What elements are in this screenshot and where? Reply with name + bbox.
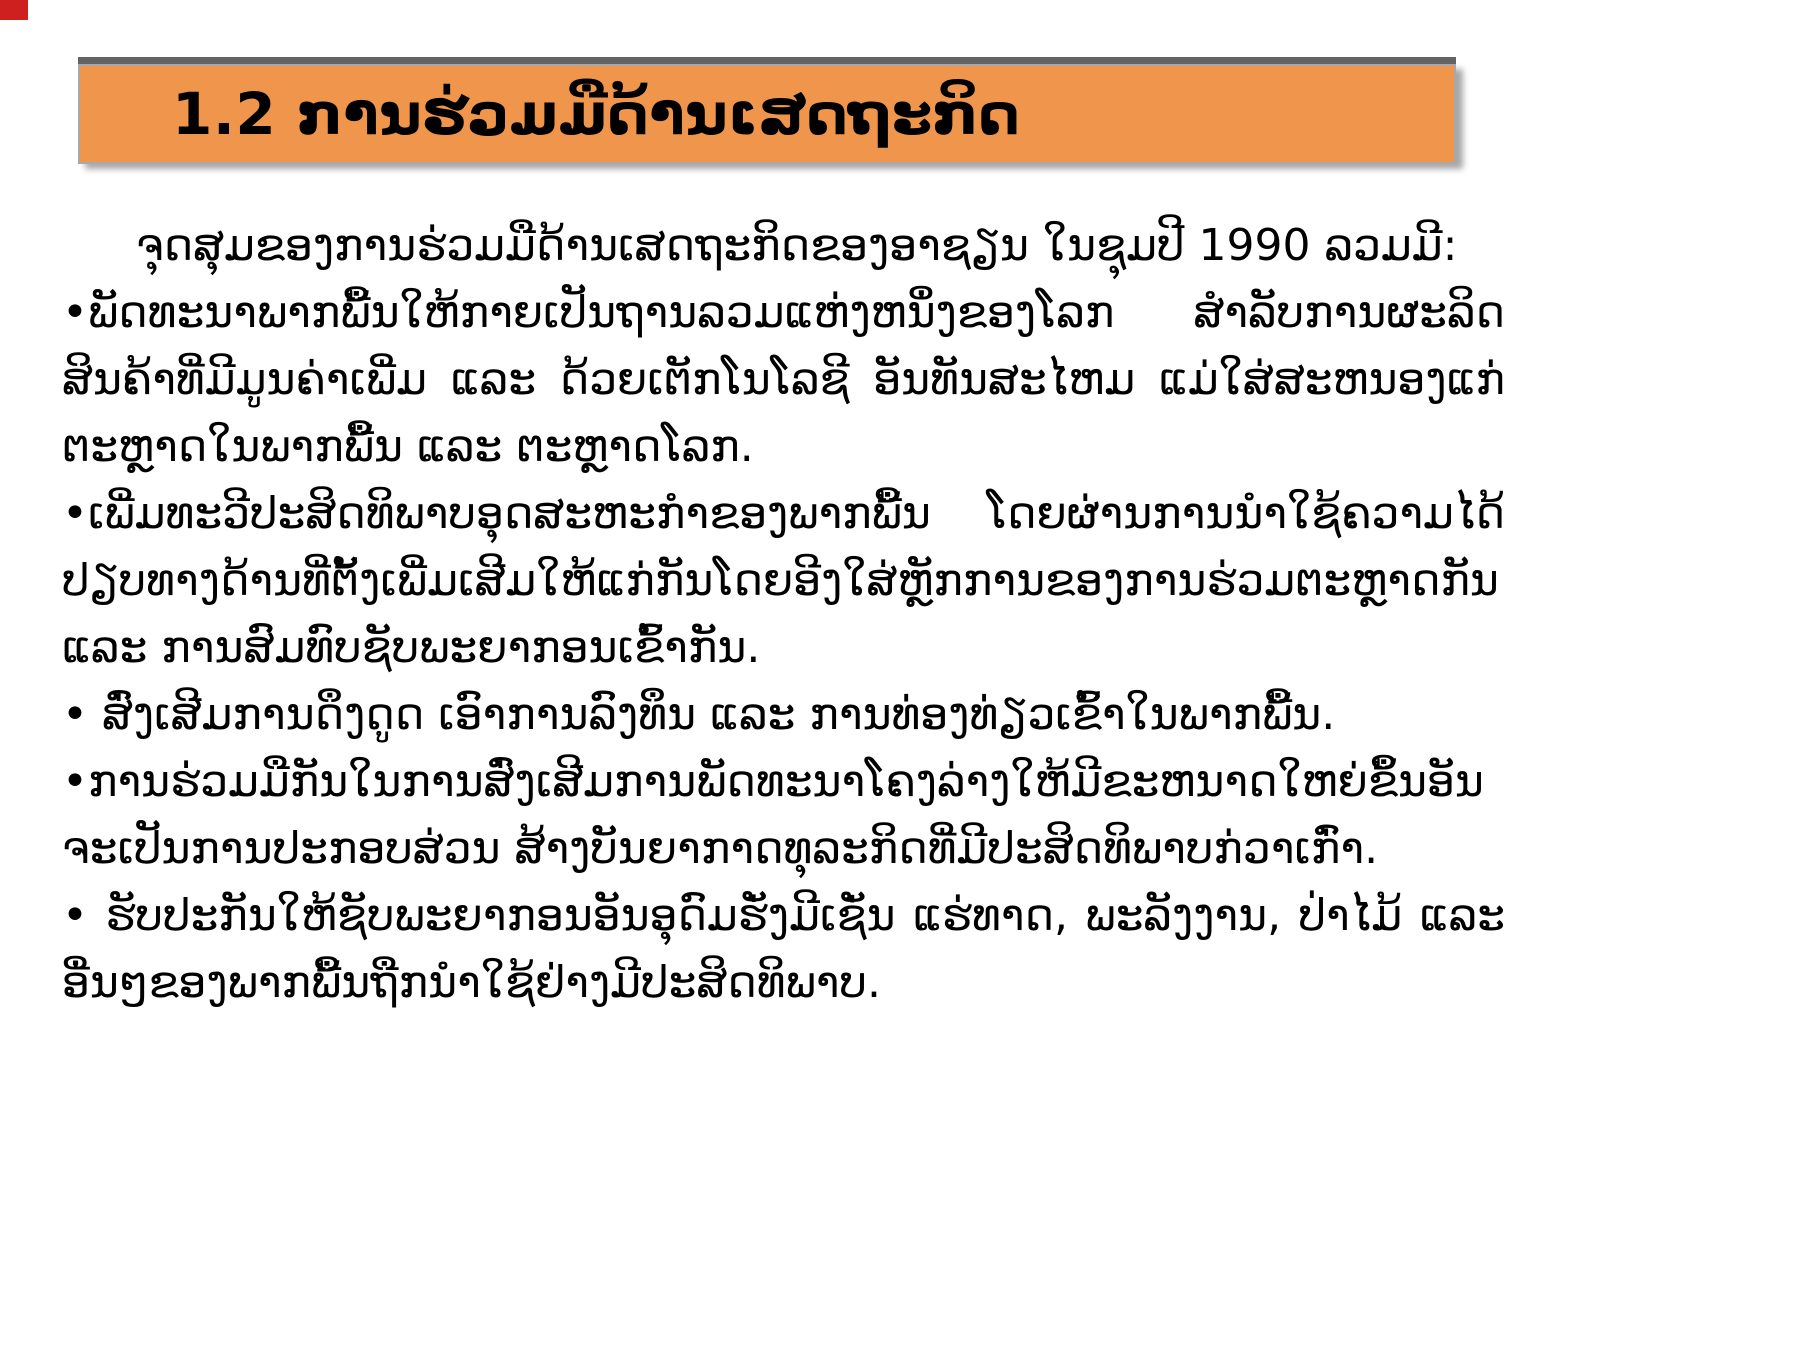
title-banner: 1.2 ການຮ່ວມມືດ້ານເສດຖະກິດ (78, 64, 1456, 164)
bullet-item-1: •ພັດທະນາພາກພື້ນໃຫ້ກາຍເປັນຖານລວມແຫ່ງຫນຶ່ງ… (62, 279, 1505, 480)
bullet-item-4: •ການຮ່ວມມືກັນໃນການສົ່ງເສີມການພັດທະນາໂຄງລ… (62, 748, 1505, 882)
corner-mark (0, 0, 28, 20)
slide-title: 1.2 ການຮ່ວມມືດ້ານເສດຖະກິດ (80, 80, 1020, 148)
bullet-item-2: •ເພີ່ມທະວີປະສິດທິພາບອຸດສະຫະກໍາຂອງພາກພື້ນ… (62, 480, 1505, 681)
slide: 1.2 ການຮ່ວມມືດ້ານເສດຖະກິດ ຈຸດສຸມຂອງການຮ່… (0, 0, 1800, 1350)
slide-body: ຈຸດສຸມຂອງການຮ່ວມມືດ້ານເສດຖະກິດຂອງອາຊຽນ ໃ… (62, 212, 1505, 1016)
bullet-item-3: • ສົ່ງເສີມການດຶງດູດ ເອົາການລົງທຶນ ແລະ ກາ… (62, 681, 1505, 748)
bullet-item-5: • ຮັບປະກັນໃຫ້ຊັບພະຍາກອນອັນອຸດົມຮັ່ງມີເຊັ… (62, 882, 1505, 1016)
intro-paragraph: ຈຸດສຸມຂອງການຮ່ວມມືດ້ານເສດຖະກິດຂອງອາຊຽນ ໃ… (62, 212, 1505, 279)
